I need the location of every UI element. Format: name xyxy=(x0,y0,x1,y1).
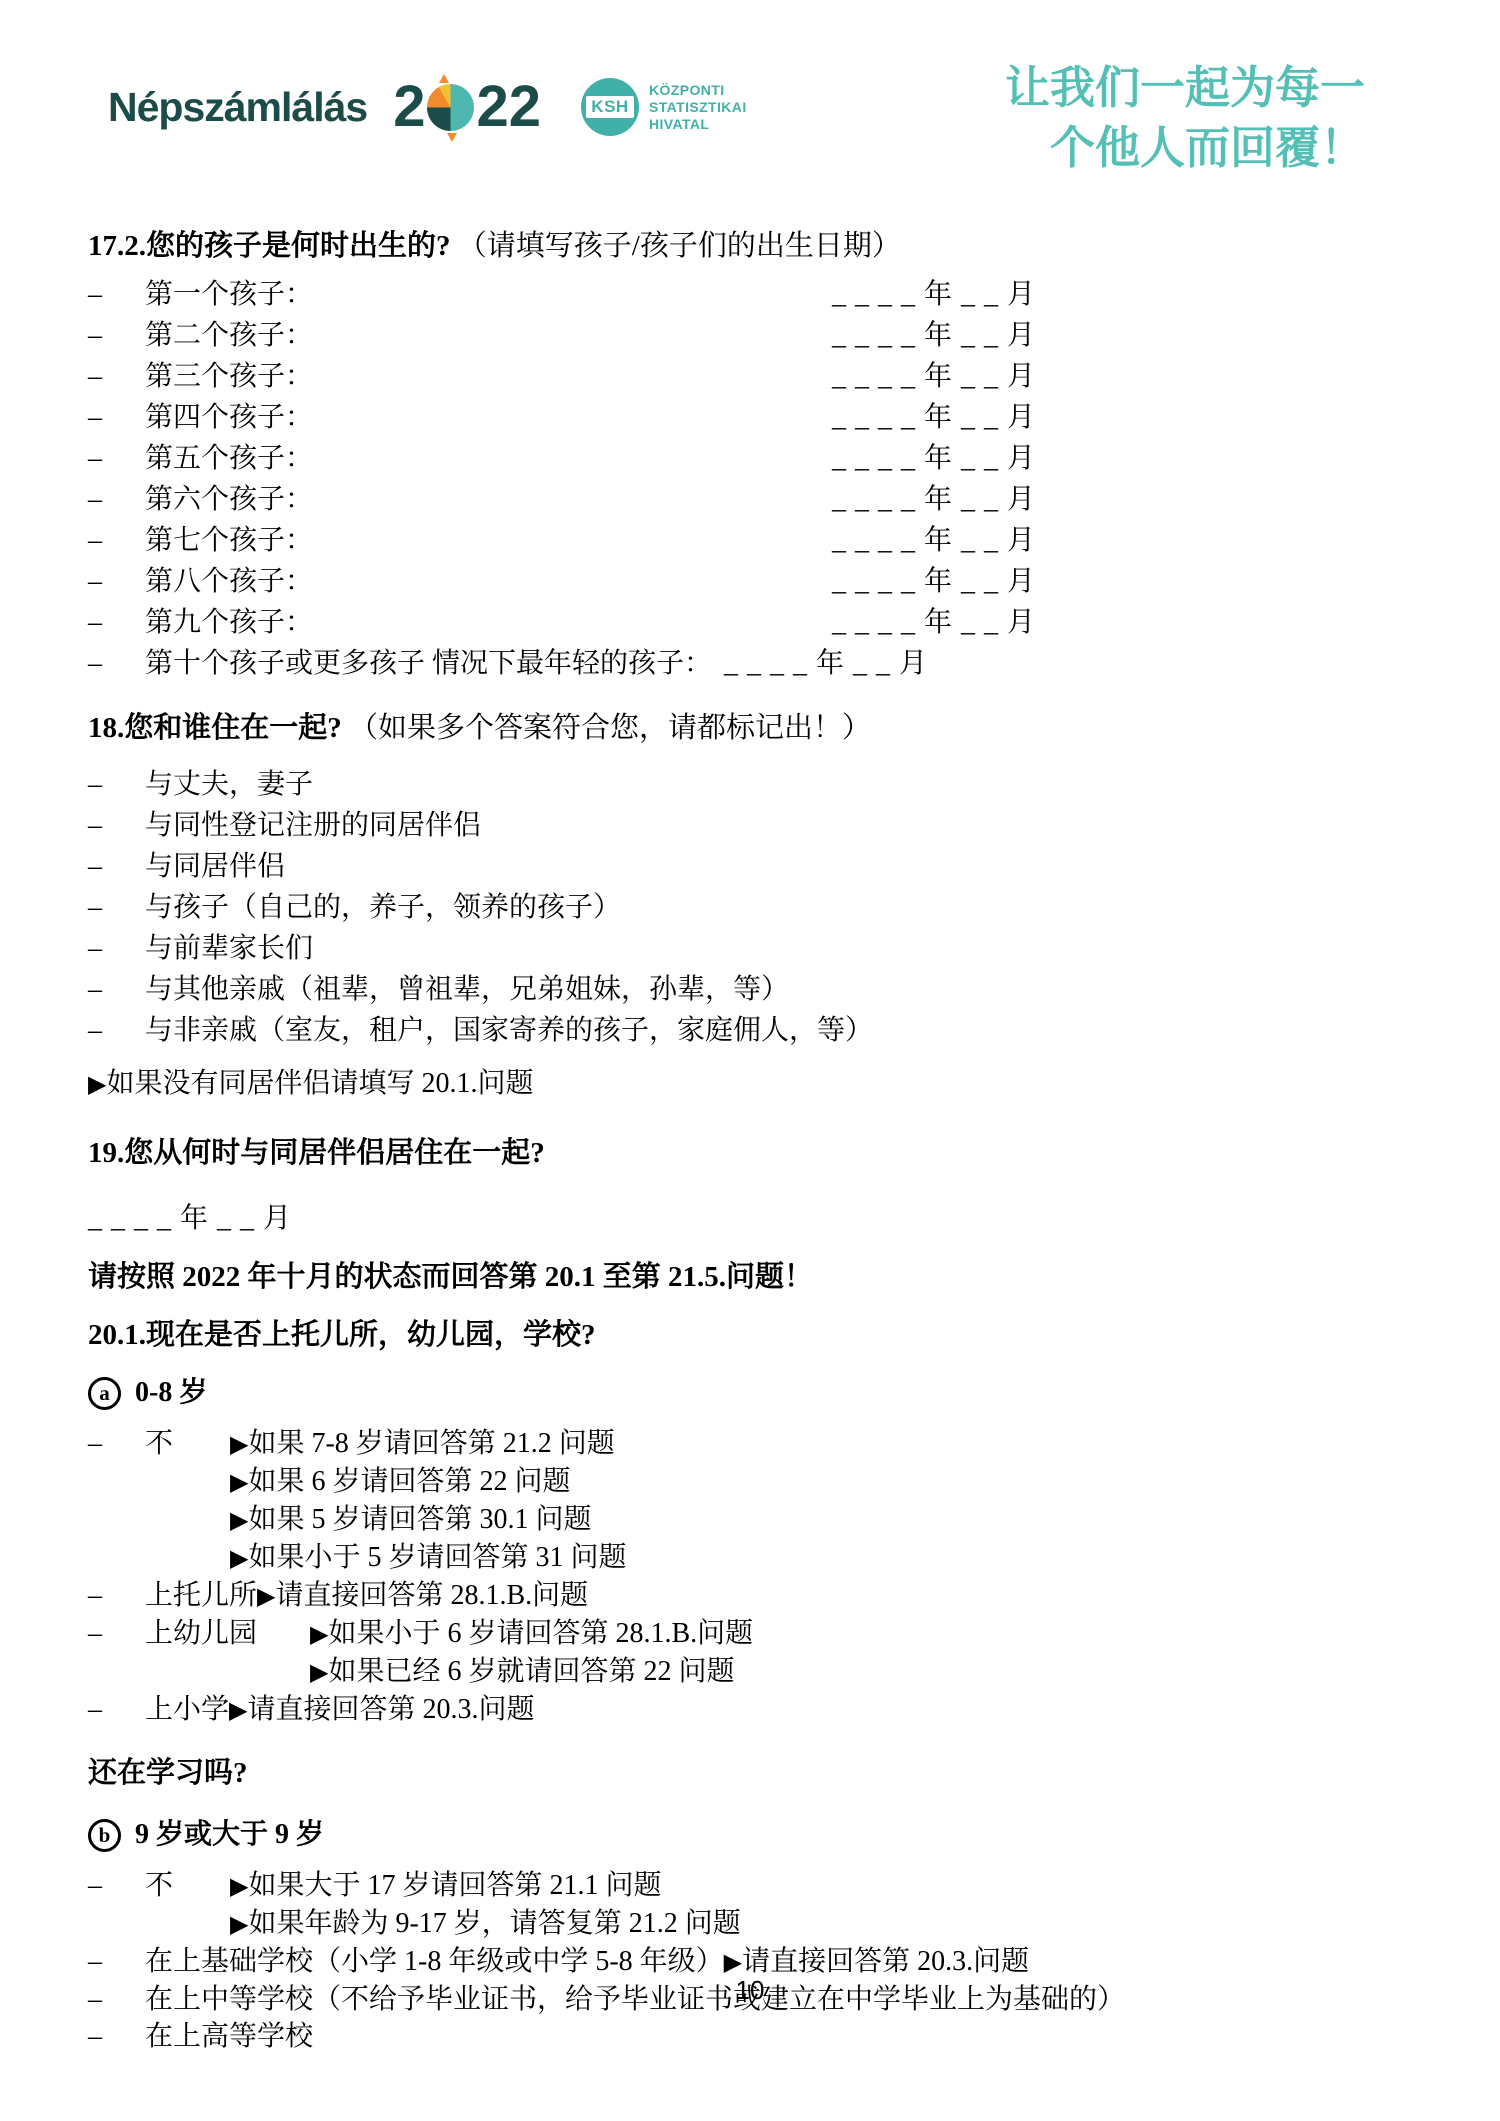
q18-option-label: 与前辈家长们 xyxy=(145,928,313,969)
dash-bullet: – xyxy=(88,1867,145,1904)
dash-bullet: – xyxy=(88,315,145,356)
ksh-logo: KSH KÖZPONTI STATISZTIKAI HIVATAL xyxy=(581,78,747,136)
jump-instruction: ▶如果小于 5 岁请回答第 31 问题 xyxy=(230,1539,626,1577)
child-row-label: 第八个孩子： xyxy=(145,561,313,602)
jump-instruction: ▶如果小于 6 岁请回答第 28.1.B.问题 xyxy=(310,1615,753,1653)
arrow-icon: ▶ xyxy=(230,1430,248,1458)
arrow-icon: ▶ xyxy=(310,1658,328,1686)
a-kindergarten-label: 上幼儿园 xyxy=(145,1615,310,1652)
a-option-nursery: – 上托儿所 ▶ 请直接回答第 28.1.B.问题 xyxy=(88,1577,1412,1615)
arrow-icon: ▶ xyxy=(230,1506,248,1534)
child-row-label: 第一个孩子： xyxy=(145,274,313,315)
ksh-circle-icon: KSH xyxy=(581,78,639,136)
child-birth-row: – 第五个孩子： _ _ _ _ 年 _ _ 月 xyxy=(88,438,1036,479)
child-row-label: 第三个孩子： xyxy=(145,356,313,397)
q18-option-label: 与其他亲戚（祖辈，曾祖辈，兄弟姐妹，孙辈，等） xyxy=(145,969,789,1010)
child-birth-row: – 第三个孩子： _ _ _ _ 年 _ _ 月 xyxy=(88,356,1036,397)
questionnaire-content: 17.2.您的孩子是何时出生的? （请填写孩子/孩子们的出生日期） – 第一个孩… xyxy=(88,228,1412,2055)
jump-text: 如果大于 17 岁请回答第 21.1 问题 xyxy=(248,1870,661,1901)
census-2022-logo: 2 22 xyxy=(393,78,541,136)
circled-b-badge: b xyxy=(88,1819,121,1852)
question-19-title: 19.您从何时与同居伴侣居住在一起? xyxy=(88,1135,1412,1171)
jump-text: 如果年龄为 9-17 岁，请答复第 21.2 问题 xyxy=(248,1908,740,1939)
child-birth-row: – 第九个孩子： _ _ _ _ 年 _ _ 月 xyxy=(88,602,1036,643)
question-17-2-title: 17.2.您的孩子是何时出生的? （请填写孩子/孩子们的出生日期） xyxy=(88,228,1412,264)
child-birth-row: – 第一个孩子： _ _ _ _ 年 _ _ 月 xyxy=(88,274,1036,315)
jump-text: 如果小于 5 岁请回答第 31 问题 xyxy=(248,1542,626,1573)
ksh-line-2: STATISZTIKAI xyxy=(649,99,747,116)
arrow-icon: ▶ xyxy=(310,1620,328,1648)
tenth-child-label: 第十个孩子或更多孩子 情况下最年轻的孩子： xyxy=(145,643,712,684)
q18-options: – 与丈夫，妻子 – 与同性登记注册的同居伴侣 – 与同居伴侣 – 与孩子（自己… xyxy=(88,764,1412,1051)
q18-option-row: – 与同居伴侣 xyxy=(88,846,1412,887)
date-fill-blank: _ _ _ _ 年 _ _ 月 xyxy=(832,438,1036,479)
slogan-line-2: 个他人而回覆！ xyxy=(1005,118,1365,178)
a-nursery-label: 上托儿所 xyxy=(145,1577,257,1614)
q18-hint: （如果多个答案符合您，请都标记出！） xyxy=(349,712,871,744)
q18-skip-note: ▶如果没有同居伴侣请填写 20.1.问题 xyxy=(88,1063,1412,1105)
b-no-label: 不 xyxy=(145,1867,230,1904)
q18-option-label: 与同性登记注册的同居伴侣 xyxy=(145,805,481,846)
child-row-label: 第六个孩子： xyxy=(145,479,313,520)
child-row-label: 第五个孩子： xyxy=(145,438,313,479)
dash-bullet: – xyxy=(88,356,145,397)
q18-title-text: 18.您和谁住在一起? xyxy=(88,712,342,744)
year-digits-22: 22 xyxy=(476,78,541,136)
dash-bullet: – xyxy=(88,561,145,602)
dash-bullet: – xyxy=(88,397,145,438)
q18-option-row: – 与前辈家长们 xyxy=(88,928,1412,969)
dash-bullet: – xyxy=(88,2018,145,2055)
child-row-label: 第九个孩子： xyxy=(145,602,313,643)
child-row-label: 第二个孩子： xyxy=(145,315,313,356)
jump-text: 如果小于 6 岁请回答第 28.1.B.问题 xyxy=(328,1618,753,1649)
section-a-age-label: 0-8 岁 xyxy=(135,1375,207,1411)
q18-option-row: – 与孩子（自己的，养子，领养的孩子） xyxy=(88,887,1412,928)
nepszamlalas-logo-text: Népszámlálás xyxy=(108,84,367,131)
a-primary-label: 上小学 xyxy=(145,1691,229,1728)
q18-option-label: 与同居伴侣 xyxy=(145,846,285,887)
arrow-icon: ▶ xyxy=(229,1692,247,1729)
circled-a-badge: a xyxy=(88,1377,121,1410)
child-birth-row: – 第四个孩子： _ _ _ _ 年 _ _ 月 xyxy=(88,397,1036,438)
a-no-jump-list: ▶如果 7-8 岁请回答第 21.2 问题▶如果 6 岁请回答第 22 问题▶如… xyxy=(230,1425,626,1577)
dash-bullet: – xyxy=(88,274,145,315)
dash-bullet: – xyxy=(88,764,145,805)
q18-option-row: – 与同性登记注册的同居伴侣 xyxy=(88,805,1412,846)
page-number: 10 xyxy=(0,1975,1500,2006)
arrow-icon: ▶ xyxy=(257,1578,275,1615)
b-option-higher-school: – 在上高等学校 xyxy=(88,2018,1412,2055)
child-birth-row: – 第六个孩子： _ _ _ _ 年 _ _ 月 xyxy=(88,479,1036,520)
child-row-label: 第七个孩子： xyxy=(145,520,313,561)
q18-option-row: – 与非亲戚（室友，租户，国家寄养的孩子，家庭佣人，等） xyxy=(88,1010,1412,1051)
q18-skip-note-text: 如果没有同居伴侣请填写 20.1.问题 xyxy=(106,1068,533,1099)
arrow-icon: ▶ xyxy=(230,1468,248,1496)
a-kindergarten-jump-list: ▶如果小于 6 岁请回答第 28.1.B.问题▶如果已经 6 岁就请回答第 22… xyxy=(310,1615,753,1691)
date-fill-blank: _ _ _ _ 年 _ _ 月 xyxy=(832,315,1036,356)
a-nursery-jump: 请直接回答第 28.1.B.问题 xyxy=(275,1577,588,1614)
date-fill-blank: _ _ _ _ 年 _ _ 月 xyxy=(832,274,1036,315)
still-studying-question: 还在学习吗? xyxy=(88,1755,1412,1791)
child-birth-rows: – 第一个孩子： _ _ _ _ 年 _ _ 月 – 第二个孩子： _ _ _ … xyxy=(88,274,1036,643)
date-fill-blank: _ _ _ _ 年 _ _ 月 xyxy=(832,356,1036,397)
pie-chart-zero-icon xyxy=(427,84,474,131)
jump-text: 如果 7-8 岁请回答第 21.2 问题 xyxy=(248,1428,614,1459)
date-fill-blank: _ _ _ _ 年 _ _ 月 xyxy=(832,397,1036,438)
dash-bullet: – xyxy=(88,1425,145,1462)
section-b-age-label: 9 岁或大于 9 岁 xyxy=(135,1817,324,1853)
tenth-child-row: – 第十个孩子或更多孩子 情况下最年轻的孩子： _ _ _ _ 年 _ _ 月 xyxy=(88,643,1412,684)
section-b-header: b 9 岁或大于 9 岁 xyxy=(88,1817,1412,1853)
a-no-label: 不 xyxy=(145,1425,230,1462)
dash-bullet: – xyxy=(88,928,145,969)
dash-bullet: – xyxy=(88,846,145,887)
question-18-title: 18.您和谁住在一起? （如果多个答案符合您，请都标记出！） xyxy=(88,710,1412,746)
question-20-1-title: 20.1.现在是否上托儿所，幼儿园，学校? xyxy=(88,1317,1412,1353)
q18-option-label: 与非亲戚（室友，租户，国家寄养的孩子，家庭佣人，等） xyxy=(145,1010,873,1051)
arrow-icon: ▶ xyxy=(230,1544,248,1572)
q18-option-row: – 与丈夫，妻子 xyxy=(88,764,1412,805)
dash-bullet: – xyxy=(88,520,145,561)
a-option-primary: – 上小学 ▶ 请直接回答第 20.3.问题 xyxy=(88,1691,1412,1729)
year-digit-2: 2 xyxy=(393,78,425,136)
child-birth-row: – 第七个孩子： _ _ _ _ 年 _ _ 月 xyxy=(88,520,1036,561)
jump-instruction: ▶如果 7-8 岁请回答第 21.2 问题 xyxy=(230,1425,626,1463)
q18-option-row: – 与其他亲戚（祖辈，曾祖辈，兄弟姐妹，孙辈，等） xyxy=(88,969,1412,1010)
section-a-header: a 0-8 岁 xyxy=(88,1375,1412,1411)
dash-bullet: – xyxy=(88,1615,145,1652)
jump-instruction: ▶如果已经 6 岁就请回答第 22 问题 xyxy=(310,1653,753,1691)
q17-2-hint: （请填写孩子/孩子们的出生日期） xyxy=(458,230,901,262)
child-birth-row: – 第八个孩子： _ _ _ _ 年 _ _ 月 xyxy=(88,561,1036,602)
dash-bullet: – xyxy=(88,438,145,479)
q19-date-fill-blank: _ _ _ _ 年 _ _ 月 xyxy=(88,1201,1412,1237)
dash-bullet: – xyxy=(88,1577,145,1614)
ksh-org-name: KÖZPONTI STATISZTIKAI HIVATAL xyxy=(649,82,747,133)
dash-bullet: – xyxy=(88,1691,145,1728)
jump-instruction: ▶如果大于 17 岁请回答第 21.1 问题 xyxy=(230,1867,741,1905)
date-fill-blank: _ _ _ _ 年 _ _ 月 xyxy=(832,602,1036,643)
b-higher-label: 在上高等学校 xyxy=(145,2018,313,2055)
reference-date-instruction: 请按照 2022 年十月的状态而回答第 20.1 至第 21.5.问题！ xyxy=(88,1259,1412,1295)
jump-instruction: ▶如果 5 岁请回答第 30.1 问题 xyxy=(230,1501,626,1539)
q18-option-label: 与丈夫，妻子 xyxy=(145,764,313,805)
jump-text: 如果 6 岁请回答第 22 问题 xyxy=(248,1466,570,1497)
dash-bullet: – xyxy=(88,643,145,684)
dash-bullet: – xyxy=(88,1010,145,1051)
campaign-slogan: 让我们一起为每一 个他人而回覆！ xyxy=(1005,58,1365,178)
b-option-no: – 不 ▶如果大于 17 岁请回答第 21.1 问题▶如果年龄为 9-17 岁，… xyxy=(88,1867,1412,1943)
jump-instruction: ▶如果 6 岁请回答第 22 问题 xyxy=(230,1463,626,1501)
date-fill-blank: _ _ _ _ 年 _ _ 月 xyxy=(724,643,928,684)
jump-text: 如果已经 6 岁就请回答第 22 问题 xyxy=(328,1656,734,1687)
jump-instruction: ▶如果年龄为 9-17 岁，请答复第 21.2 问题 xyxy=(230,1905,741,1943)
ksh-line-3: HIVATAL xyxy=(649,116,747,133)
dash-bullet: – xyxy=(88,602,145,643)
a-option-kindergarten: – 上幼儿园 ▶如果小于 6 岁请回答第 28.1.B.问题▶如果已经 6 岁就… xyxy=(88,1615,1412,1691)
census-questionnaire-page: Népszámlálás 2 22 KSH KÖZPONTI STATISZTI… xyxy=(0,0,1500,2121)
ksh-line-1: KÖZPONTI xyxy=(649,82,747,99)
ksh-abbr: KSH xyxy=(586,96,633,118)
dash-bullet: – xyxy=(88,887,145,928)
a-option-no: – 不 ▶如果 7-8 岁请回答第 21.2 问题▶如果 6 岁请回答第 22 … xyxy=(88,1425,1412,1577)
dash-bullet: – xyxy=(88,969,145,1010)
date-fill-blank: _ _ _ _ 年 _ _ 月 xyxy=(832,561,1036,602)
b-no-jump-list: ▶如果大于 17 岁请回答第 21.1 问题▶如果年龄为 9-17 岁，请答复第… xyxy=(230,1867,741,1943)
q18-option-label: 与孩子（自己的，养子，领养的孩子） xyxy=(145,887,621,928)
dash-bullet: – xyxy=(88,805,145,846)
child-birth-row: – 第二个孩子： _ _ _ _ 年 _ _ 月 xyxy=(88,315,1036,356)
header-logos: Népszámlálás 2 22 KSH KÖZPONTI STATISZTI… xyxy=(108,78,747,136)
jump-text: 如果 5 岁请回答第 30.1 问题 xyxy=(248,1504,591,1535)
date-fill-blank: _ _ _ _ 年 _ _ 月 xyxy=(832,520,1036,561)
child-row-label: 第四个孩子： xyxy=(145,397,313,438)
dash-bullet: – xyxy=(88,479,145,520)
q17-2-title-text: 17.2.您的孩子是何时出生的? xyxy=(88,230,451,262)
slogan-line-1: 让我们一起为每一 xyxy=(1005,58,1365,118)
arrow-icon: ▶ xyxy=(88,1070,106,1098)
arrow-icon: ▶ xyxy=(230,1872,248,1900)
date-fill-blank: _ _ _ _ 年 _ _ 月 xyxy=(832,479,1036,520)
arrow-icon: ▶ xyxy=(230,1910,248,1938)
a-primary-jump: 请直接回答第 20.3.问题 xyxy=(247,1691,534,1728)
